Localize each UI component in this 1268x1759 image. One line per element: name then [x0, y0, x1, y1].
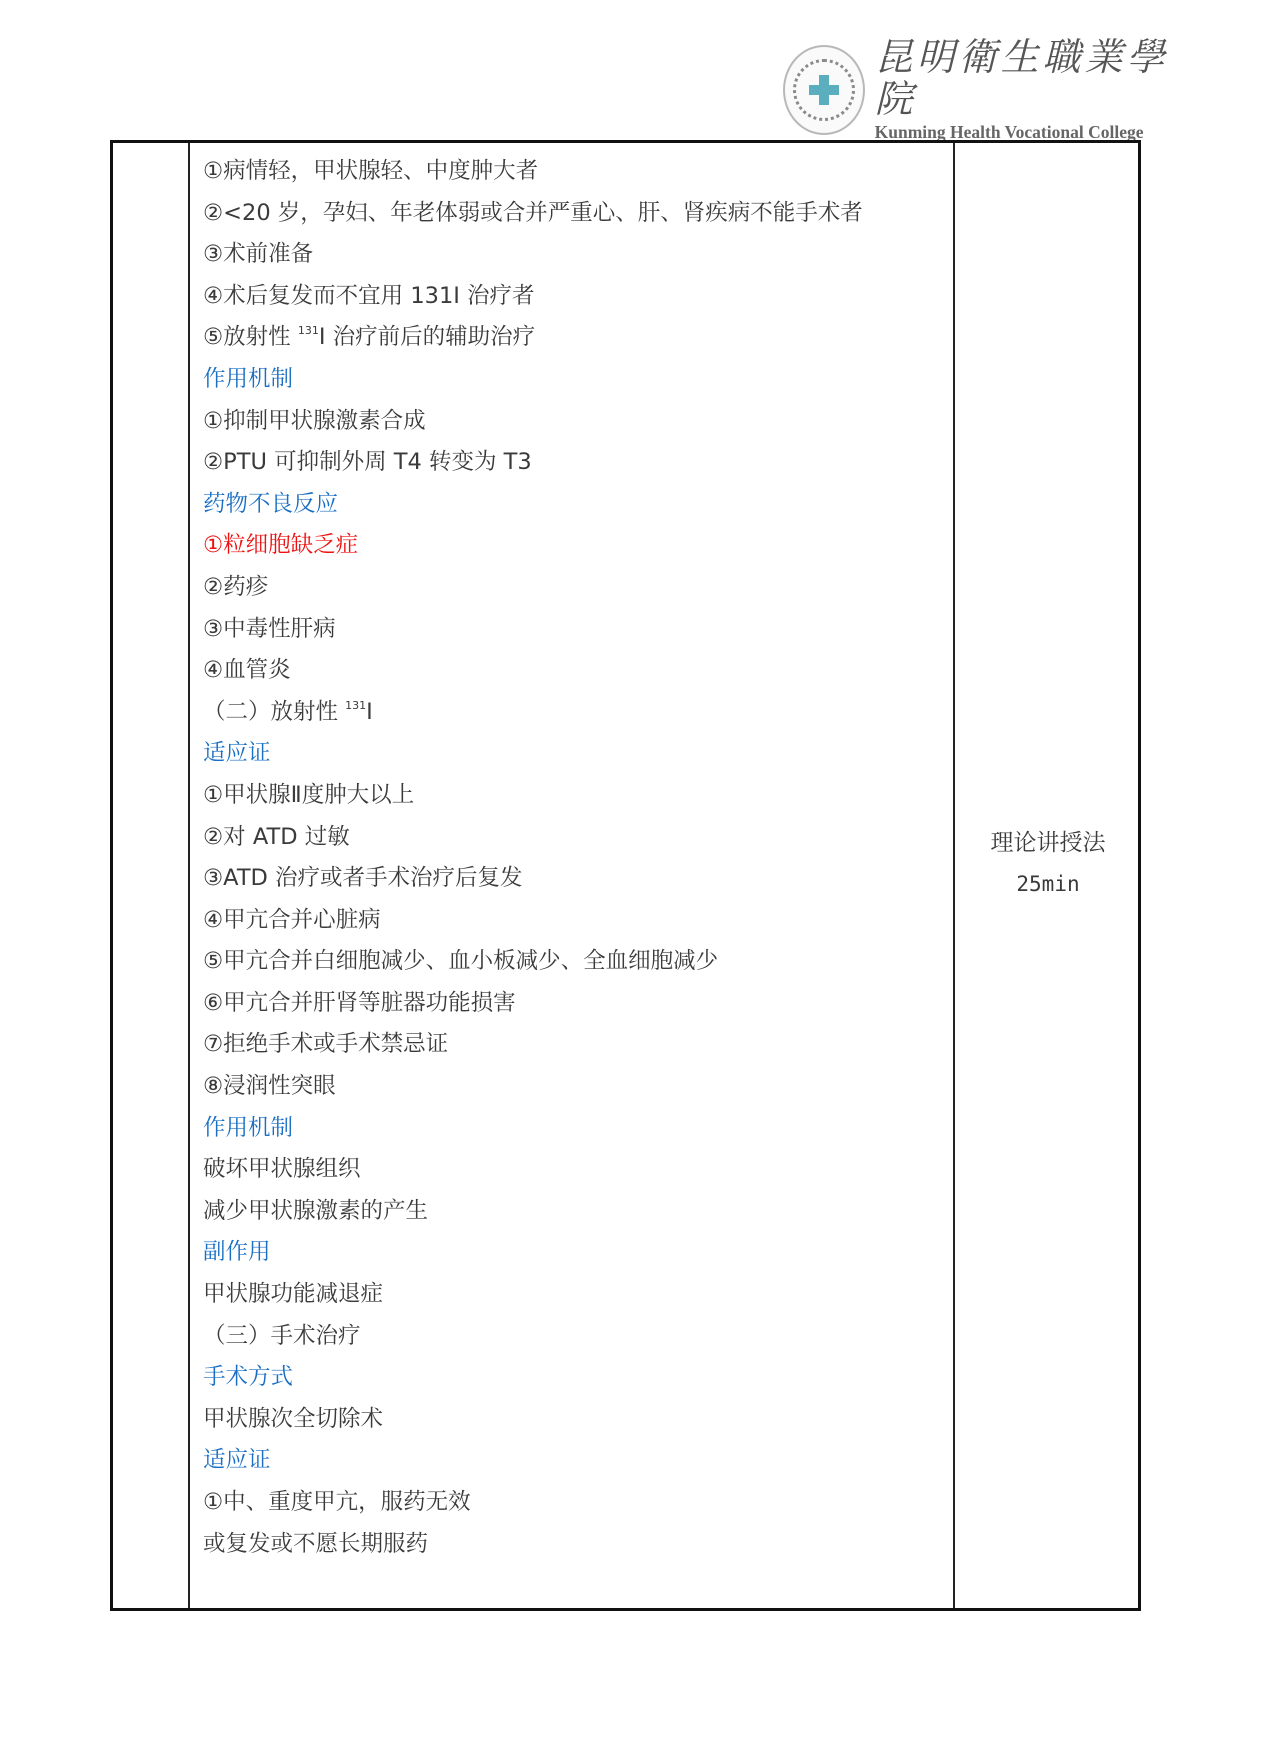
section-heading: 副作用 [203, 1232, 948, 1274]
content-line: ①抑制甲状腺激素合成 [203, 401, 948, 443]
logo-chinese-name: 昆明衛生職業學院 [875, 37, 1178, 121]
content-line: ③ATD 治疗或者手术治疗后复发 [203, 858, 948, 900]
line-text: ⑤放射性 [203, 324, 298, 350]
content-line: ②<20 岁，孕妇、年老体弱或合并严重心、肝、肾疾病不能手术者 [203, 193, 948, 235]
section-heading: 药物不良反应 [203, 484, 948, 526]
content-line: 甲状腺次全切除术 [203, 1399, 948, 1441]
content-line: （三）手术治疗 [203, 1316, 948, 1358]
teaching-method-cell: 理论讲授法 25min [956, 823, 1140, 905]
section-heading: 作用机制 [203, 1108, 948, 1150]
lesson-plan-table: ①病情轻，甲状腺轻、中度肿大者②<20 岁，孕妇、年老体弱或合并严重心、肝、肾疾… [110, 140, 1141, 1611]
content-line: ②PTU 可抑制外周 T4 转变为 T3 [203, 442, 948, 484]
content-line: 减少甲状腺激素的产生 [203, 1191, 948, 1233]
content-line: ⑦拒绝手术或手术禁忌证 [203, 1024, 948, 1066]
isotope-superscript: 131 [345, 699, 366, 712]
content-line: ⑤甲亢合并白细胞减少、血小板减少、全血细胞减少 [203, 941, 948, 983]
teaching-content-cell: ①病情轻，甲状腺轻、中度肿大者②<20 岁，孕妇、年老体弱或合并严重心、肝、肾疾… [203, 151, 948, 1565]
line-text: （二）放射性 [203, 699, 345, 725]
content-line: ③中毒性肝病 [203, 609, 948, 651]
teaching-method-label: 理论讲授法 [956, 823, 1140, 864]
section-heading: 作用机制 [203, 359, 948, 401]
content-line: 或复发或不愿长期服药 [203, 1524, 948, 1566]
section-heading: 手术方式 [203, 1357, 948, 1399]
college-emblem-icon [783, 45, 865, 135]
content-line: ②对 ATD 过敏 [203, 817, 948, 859]
logo-text: 昆明衛生職業學院 Kunming Health Vocational Colle… [875, 37, 1178, 144]
highlighted-item: ①粒细胞缺乏症 [203, 525, 948, 567]
content-line: ⑧浸润性突眼 [203, 1066, 948, 1108]
content-line: ②药疹 [203, 567, 948, 609]
content-line: ④术后复发而不宜用 131I 治疗者 [203, 276, 948, 318]
column-divider [953, 143, 955, 1608]
content-line: （二）放射性 131I [203, 692, 948, 734]
content-line: 破坏甲状腺组织 [203, 1149, 948, 1191]
content-line: ④甲亢合并心脏病 [203, 900, 948, 942]
teaching-duration: 25min [956, 864, 1140, 905]
college-logo: 昆明衛生職業學院 Kunming Health Vocational Colle… [783, 44, 1178, 136]
section-heading: 适应证 [203, 733, 948, 775]
isotope-superscript: 131 [298, 324, 319, 337]
content-line: 甲状腺功能减退症 [203, 1274, 948, 1316]
column-divider [188, 143, 190, 1608]
content-line: ⑤放射性 131I 治疗前后的辅助治疗 [203, 317, 948, 359]
content-line: ④血管炎 [203, 650, 948, 692]
content-line: ①甲状腺Ⅱ度肿大以上 [203, 775, 948, 817]
content-line: ③术前准备 [203, 234, 948, 276]
content-line: ⑥甲亢合并肝肾等脏器功能损害 [203, 983, 948, 1025]
content-line: ①中、重度甲亢，服药无效 [203, 1482, 948, 1524]
line-text: I 治疗前后的辅助治疗 [319, 324, 535, 350]
content-line: ①病情轻，甲状腺轻、中度肿大者 [203, 151, 948, 193]
line-text: I [366, 699, 373, 725]
section-heading: 适应证 [203, 1440, 948, 1482]
